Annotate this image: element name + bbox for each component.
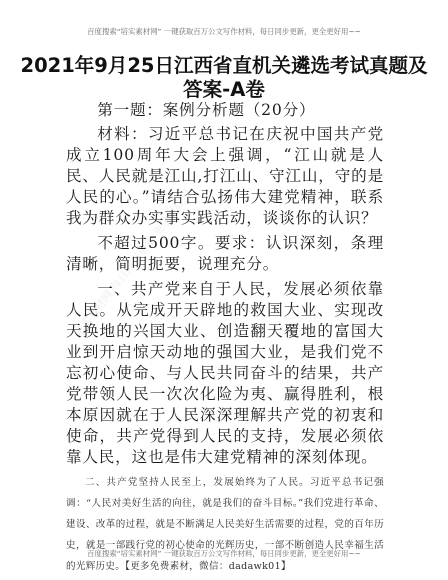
answer-paragraph-2: 二、共产党坚持人民至上，发展始终为了人民。习近平总书记强调：“人民对美好生活的向… (66, 472, 384, 577)
material-paragraph: 材料：习近平总书记在庆祝中国共产党成立100周年大会上强调，“江山就是人民、人民… (66, 124, 384, 229)
requirement-paragraph: 不超过500字。要求：认识深刻，条理清晰，简明扼要，说理充分。 (66, 233, 384, 275)
document-title: 2021年9月25日江西省直机关遴选考试真题及答案-A卷 (20, 54, 428, 102)
document-body: 第一题：案例分析题（20分） 材料：习近平总书记在庆祝中国共产党成立100周年大… (66, 100, 384, 577)
answer-paragraph-1: 一、共产党来自于人民，发展必须依靠人民。从完成开天辟地的救国大业、实现改天换地的… (66, 279, 384, 468)
question-heading: 第一题：案例分析题（20分） (66, 100, 384, 121)
page-header-promo: 百度搜索“培实素材网” 一键获取百万公文写作材料，每日同步更新，更全更好用~~ (0, 26, 448, 37)
page-footer-promo: 百度搜索“培实素材网” 一键获取百万公文写作材料，每日同步更新，更全更好用~~ (0, 548, 448, 559)
